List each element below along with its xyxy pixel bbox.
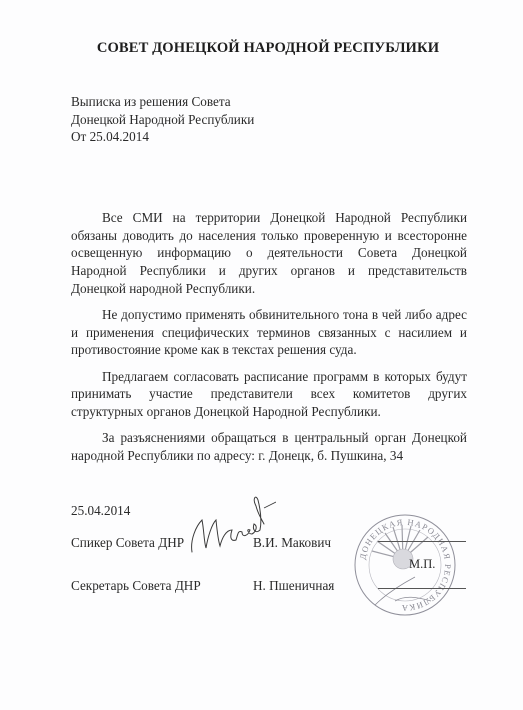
extract-date: От 25.04.2014 [71,128,254,146]
official-seal-icon: ДОНЕЦКАЯ НАРОДНАЯ РЕСПУБЛИКА [345,505,465,625]
signing-date: 25.04.2014 [71,503,130,519]
handwritten-signature-icon [186,490,276,560]
stamp-label: М.П. [409,557,435,572]
signatory-name: Н. Пшеничная [253,578,334,594]
extract-line: Выписка из решения Совета [71,93,254,111]
paragraph: Не допустимо применять обвинительного то… [71,306,467,359]
paragraph: Все СМИ на территории Донецкой Народной … [71,209,467,298]
stamp-line [378,541,466,542]
document-page: СОВЕТ ДОНЕЦКОЙ НАРОДНОЙ РЕСПУБЛИКИ Выпис… [0,0,523,710]
document-body: Все СМИ на территории Донецкой Народной … [71,209,467,473]
stamp-line [378,588,466,589]
signatory-role: Спикер Совета ДНР [71,535,184,551]
extract-line: Донецкой Народной Республики [71,111,254,129]
document-title: СОВЕТ ДОНЕЦКОЙ НАРОДНОЙ РЕСПУБЛИКИ [0,40,523,57]
extract-header: Выписка из решения Совета Донецкой Народ… [71,93,254,146]
paragraph: За разъяснениями обращаться в центральны… [71,429,467,464]
paragraph: Предлагаем согласовать расписание програ… [71,368,467,421]
signatory-role: Секретарь Совета ДНР [71,578,201,594]
